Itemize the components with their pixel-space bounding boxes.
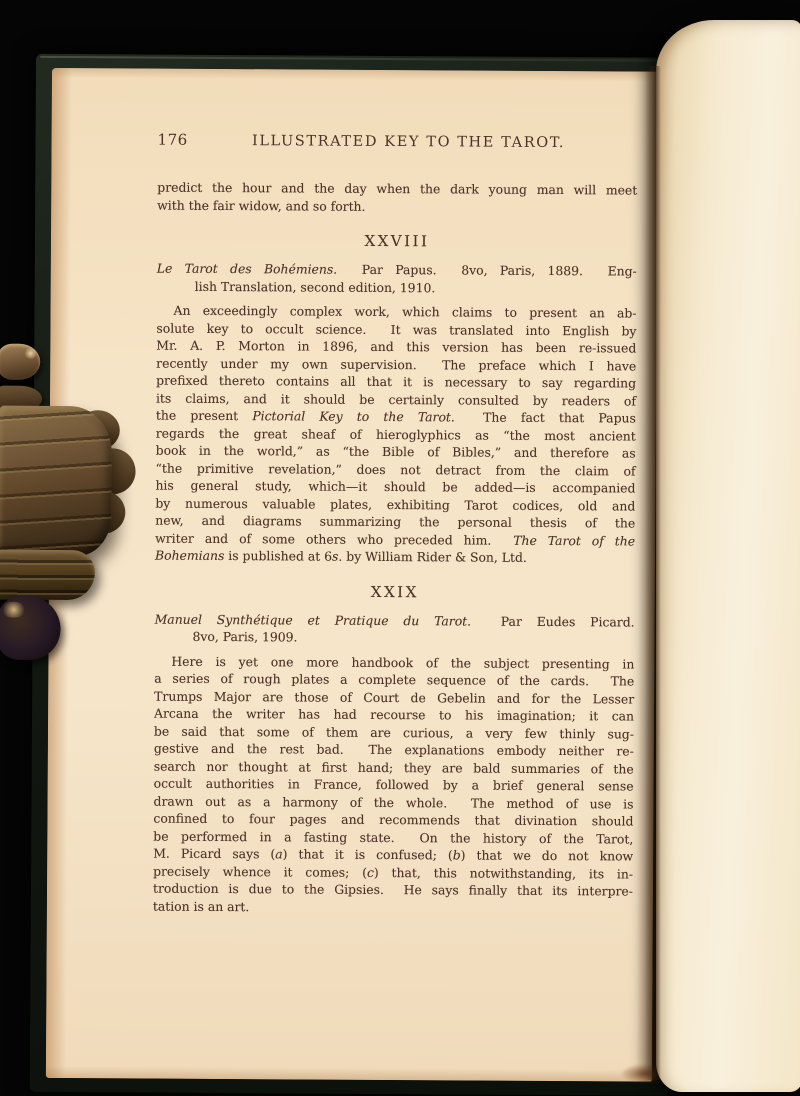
- right-page-stack: [656, 20, 800, 1092]
- text-line: new, and diagrams summarizing the person…: [155, 512, 635, 532]
- left-page: 176 ILLUSTRATED KEY TO THE TAROT. predic…: [46, 68, 658, 1082]
- text-line: Le Tarot des Bohémiens. Par Papus. 8vo, …: [157, 260, 637, 280]
- text-line: Bohemians is published at 6s. by William…: [155, 547, 635, 567]
- text-line: Mr. A. P. Morton in 1896, and this versi…: [156, 337, 636, 357]
- page-header: 176 ILLUSTRATED KEY TO THE TAROT.: [158, 69, 638, 154]
- text-line: troduction is due to the Gipsies. He say…: [153, 880, 633, 900]
- running-title: ILLUSTRATED KEY TO THE TAROT.: [210, 132, 638, 154]
- clasp-ridged-bar: [0, 550, 95, 601]
- text-line: Arcana the writer has had recourse to hi…: [154, 705, 634, 725]
- text-line: predict the hour and the day when the da…: [157, 179, 637, 199]
- text-line: confined to four pages and recommends th…: [153, 810, 633, 830]
- bibliography-entry-papus: Le Tarot des Bohémiens. Par Papus. 8vo, …: [157, 260, 637, 298]
- text-line: gestive and the rest bad. The explanatio…: [154, 740, 634, 760]
- text-line: a series of rough plates a complete sequ…: [154, 670, 634, 690]
- text-line: his general study, which—it should be ad…: [155, 477, 635, 497]
- photo-background: { "book": { "page_number": "176", "runni…: [0, 0, 800, 1096]
- text-line: the present Pictorial Key to the Tarot. …: [156, 407, 636, 427]
- section-heading-xxviii: XXVIII: [157, 229, 637, 254]
- section-heading-xxix: XXIX: [155, 579, 635, 604]
- page-gutter-shadow: [645, 66, 661, 1080]
- section-body-xxix: Here is yet one more handbook of the sub…: [153, 652, 635, 917]
- text-line: lish Translation, second edition, 1910.: [157, 277, 637, 297]
- text-line: occult authorities in France, followed b…: [154, 775, 634, 795]
- clasp-glint: [1, 602, 27, 618]
- text-line: book in the world,” as “the Bible of Bib…: [156, 442, 636, 462]
- text-line: prefixed thereto contains all that it is…: [156, 372, 636, 392]
- text-line: 8vo, Paris, 1909.: [154, 628, 634, 648]
- text-line: An exceedingly complex work, which claim…: [156, 302, 636, 322]
- page-number: 176: [158, 131, 210, 150]
- clasp-head: [0, 406, 112, 557]
- section-body-xxviii: An exceedingly complex work, which claim…: [155, 302, 637, 567]
- intro-paragraph: predict the hour and the day when the da…: [157, 179, 637, 217]
- text-line: M. Picard says (a) that it is confused; …: [153, 845, 633, 865]
- text-line: tation is an art.: [153, 897, 633, 917]
- page-content: 176 ILLUSTRATED KEY TO THE TAROT. predic…: [153, 69, 638, 918]
- text-line: with the fair widow, and so forth.: [157, 196, 637, 216]
- bibliography-entry-picard: Manuel Synthétique et Pratique du Tarot.…: [154, 610, 634, 648]
- brass-clasp: [0, 340, 138, 663]
- clasp-glint: [24, 348, 37, 359]
